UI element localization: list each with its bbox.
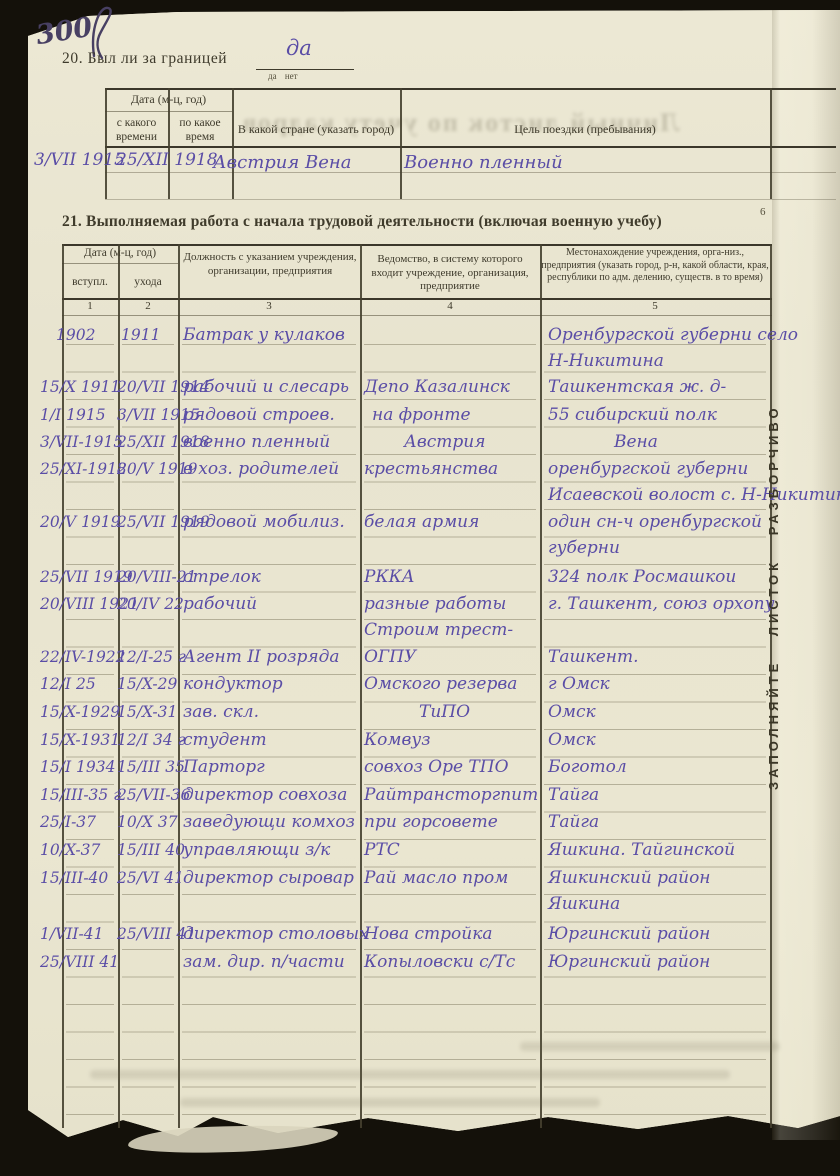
handwritten-entry: 15/X-29 — [117, 671, 177, 697]
table-border-line — [62, 244, 772, 246]
handwritten-entry: 25/XI-1918 — [40, 456, 127, 482]
handwritten-entry: Омского резерва — [364, 671, 517, 697]
handwritten-entry: г. Ташкент, союз орхопу — [548, 591, 774, 617]
handwritten-entry: военно пленный — [183, 429, 330, 455]
handwritten-entry: директор сыровар — [183, 865, 354, 891]
handwritten-entry: Батрак у кулаков — [183, 322, 345, 348]
handwritten-entry: Тайга — [548, 809, 599, 835]
handwritten-line: зам. дир. п/части — [183, 949, 345, 975]
handwritten-line: 20/V 1919 — [40, 509, 121, 535]
table-border-line — [770, 88, 772, 199]
handwritten-entry: Райтрансторгпит — [364, 782, 538, 808]
question-20-label: 20. Был ли за границей — [62, 50, 227, 68]
handwritten-line: рабочий — [183, 591, 257, 617]
handwritten-line: Юргинский район — [548, 921, 710, 947]
handwritten-entry: Австрия — [404, 429, 486, 455]
handwritten-line: Комвуз — [364, 727, 431, 753]
col-header-from: вступл. — [62, 276, 118, 288]
question-20-hint: да нет — [268, 71, 298, 81]
col-header-purpose: Цель поездки (пребывания) — [400, 122, 770, 137]
handwritten-entry: 10/X-37 — [40, 837, 100, 863]
handwritten-entry: Вена — [614, 429, 658, 455]
question-20-answer: да — [286, 36, 312, 60]
col-header-position: Должность с указанием учреждения, органи… — [182, 251, 358, 278]
handwritten-entry: РККА — [364, 564, 415, 590]
column-number: 1 — [75, 300, 105, 312]
table-border-line — [62, 315, 772, 316]
handwritten-entry: студент — [183, 727, 267, 753]
handwritten-line: 25/VIII 41 — [40, 949, 119, 975]
handwritten-entry: зам. дир. п/части — [183, 949, 345, 975]
handwritten-line: совхоз Оре ТПО — [364, 754, 509, 780]
handwritten-line: Депо Казалинск — [364, 374, 510, 400]
handwritten-entry: Ташкент. — [548, 644, 639, 670]
handwritten-entry: Копыловски с/Тс — [364, 949, 515, 975]
handwritten-entry: Парторг — [183, 754, 265, 780]
handwritten-entry: Омск — [548, 699, 596, 725]
handwritten-line: г. Ташкент, союз орхопу — [548, 591, 774, 617]
handwritten-entry: крестьянства — [364, 456, 498, 482]
handwritten-entry: 1/I 1915 — [40, 402, 106, 428]
handwritten-line: один сн-ч оренбургской — [548, 509, 762, 535]
handwritten-line: белая армия — [364, 509, 479, 535]
col-header-country: В какой стране (указать город) — [232, 122, 400, 137]
handwritten-entry: 15/I 1934 — [40, 754, 115, 780]
handwritten-line: 1902 — [56, 322, 95, 348]
handwritten-line: при горсовете — [364, 809, 498, 835]
table-border-line — [105, 88, 836, 90]
col-header-date-group: Дата (м-ц, год) — [62, 247, 178, 259]
handwritten-entry: 25/I-37 — [40, 809, 96, 835]
handwritten-entry: рабочий и слесарь — [183, 374, 349, 400]
handwritten-entry: директор столовых — [183, 921, 369, 947]
handwritten-line: 1/VII-41 — [40, 921, 103, 947]
handwritten-line: в хоз. родителей — [183, 456, 339, 482]
bleedthrough-smudge — [520, 1042, 780, 1051]
handwritten-entry: разные работыСтроим трест- — [364, 591, 513, 643]
handwritten-line: ОГПУ — [364, 644, 416, 670]
handwritten-line: Исаевской волост с. Н-Никитино — [548, 482, 840, 508]
handwritten-entry: оренбургской губерниИсаевской волост с. … — [548, 456, 840, 508]
handwritten-line: 15/X 1911 — [40, 374, 120, 400]
handwritten-entry: 12/I 25 — [40, 671, 96, 697]
handwritten-entry: 15/X-1929 — [40, 699, 120, 725]
handwritten-entry: 15/III-35 г — [40, 782, 121, 808]
handwritten-entry: совхоз Оре ТПО — [364, 754, 509, 780]
handwritten-entry: 25/VIII 41 — [40, 949, 119, 975]
handwritten-line: Тайга — [548, 782, 599, 808]
fill-legibly-vertical-note: ЗАПОЛНЯЙТЕ ЛИСТОК РАЗБОРЧИВО — [766, 330, 786, 864]
bleedthrough-smudge — [180, 1098, 600, 1107]
handwritten-entry: рядовой строев. — [183, 402, 335, 428]
col-header-location: Местонахождение учреждения, орга-низ., п… — [541, 247, 769, 285]
handwritten-entry: заведующи комхоз — [183, 809, 355, 835]
handwritten-line: Ташкент. — [548, 644, 639, 670]
handwritten-line: 25/XI-1918 — [40, 456, 127, 482]
handwritten-entry: рядовой мобилиз. — [183, 509, 345, 535]
handwritten-line: 15/X-29 — [117, 671, 177, 697]
handwritten-entry: г Омск — [548, 671, 610, 697]
handwritten-line: Юргинский район — [548, 949, 710, 975]
handwritten-line: 3/VII-1915 — [40, 429, 123, 455]
table-border-line — [105, 146, 836, 148]
handwritten-line: Копыловски с/Тс — [364, 949, 515, 975]
handwritten-entry: Боготол — [548, 754, 627, 780]
table-border-line — [400, 88, 402, 199]
handwritten-entry: Юргинский район — [548, 949, 710, 975]
handwritten-entry: 3/VII 1915 — [34, 150, 125, 170]
handwritten-line: 15/III 40 — [117, 837, 185, 863]
handwritten-entry: 15/X-31 — [117, 699, 177, 725]
handwritten-entry: Военно пленный — [404, 152, 563, 173]
handwritten-line: Райтрансторгпит — [364, 782, 538, 808]
document-content: 300 Личный листок по учету кадров 20. Бы… — [0, 0, 840, 1176]
handwritten-entry: на фронте — [372, 402, 471, 428]
handwritten-entry: Нова стройка — [364, 921, 493, 947]
handwritten-entry: 1902 — [56, 322, 95, 348]
handwritten-entry: 15/III-40 — [40, 865, 108, 891]
handwritten-line: 15/X-1929 — [40, 699, 120, 725]
handwritten-entry: 15/III 35 — [117, 754, 185, 780]
handwritten-line: кондуктор — [183, 671, 283, 697]
handwritten-line: 324 полк Росмашкои — [548, 564, 736, 590]
handwritten-line: 15/X-31 — [117, 699, 177, 725]
handwritten-entry: в хоз. родителей — [183, 456, 339, 482]
handwritten-line: 15/III-40 — [40, 865, 108, 891]
handwritten-line: Яшкина. Тайгинской — [548, 837, 735, 863]
handwritten-line: 25/VI 41 — [117, 865, 184, 891]
handwritten-line: 15/I 1934 — [40, 754, 115, 780]
handwritten-line: 20/IV 22 — [117, 591, 184, 617]
handwritten-entry: 25/VI 41 — [117, 865, 184, 891]
handwritten-line: 1911 — [121, 322, 160, 348]
handwritten-entry: 12/I-25 г — [117, 644, 186, 670]
handwritten-entry: 10/X 37 — [117, 809, 178, 835]
handwritten-entry: кондуктор — [183, 671, 283, 697]
table-border-line — [540, 244, 542, 1128]
handwritten-entry: Юргинский район — [548, 921, 710, 947]
handwritten-line: Рай масло пром — [364, 865, 508, 891]
handwritten-entry: Рай масло пром — [364, 865, 508, 891]
handwritten-line: ТиПО — [419, 699, 470, 725]
answer-underline — [256, 69, 354, 70]
handwritten-line: оренбургской губерни — [548, 456, 840, 482]
handwritten-line: Яшкинский район — [548, 865, 711, 891]
handwritten-entry: 15/X-1931 — [40, 727, 120, 753]
handwritten-entry: Депо Казалинск — [364, 374, 510, 400]
handwritten-line: директор столовых — [183, 921, 369, 947]
handwritten-line: губерни — [548, 535, 762, 561]
handwritten-line: Нова стройка — [364, 921, 493, 947]
handwritten-line: рядовой мобилиз. — [183, 509, 345, 535]
handwritten-entry: Яшкинский районЯшкина — [548, 865, 711, 917]
handwritten-line: рядовой строев. — [183, 402, 335, 428]
column-number: 5 — [640, 300, 670, 312]
column-number: 3 — [254, 300, 284, 312]
handwritten-line: Парторг — [183, 754, 265, 780]
handwritten-entry: Оренбургской губерни селоН-Никитина — [548, 322, 798, 374]
handwritten-entry: Тайга — [548, 782, 599, 808]
handwritten-line: 25/I-37 — [40, 809, 96, 835]
handwritten-entry: Яшкина. Тайгинской — [548, 837, 735, 863]
handwritten-line: Строим трест- — [364, 617, 513, 643]
handwritten-line: военно пленный — [183, 429, 330, 455]
handwritten-line: 15/III-35 г — [40, 782, 121, 808]
question-21-title: 21. Выполняемая работа с начала трудовой… — [62, 213, 662, 231]
handwritten-line: 15/III 35 — [117, 754, 185, 780]
handwritten-line: стрелок — [183, 564, 261, 590]
handwritten-line: 10/X 37 — [117, 809, 178, 835]
handwritten-line: Н-Никитина — [548, 348, 798, 374]
handwritten-line: директор сыровар — [183, 865, 354, 891]
handwritten-entry: рабочий — [183, 591, 257, 617]
handwritten-line: Вена — [614, 429, 658, 455]
column-number: 4 — [435, 300, 465, 312]
handwritten-line: разные работы — [364, 591, 513, 617]
handwritten-line: 12/I 34 г — [117, 727, 185, 753]
handwritten-entry: 15/X 1911 — [40, 374, 120, 400]
handwritten-line: г Омск — [548, 671, 610, 697]
handwritten-page-number: 300 — [34, 12, 95, 51]
handwritten-line: Яшкина — [548, 891, 711, 917]
handwritten-entry: стрелок — [183, 564, 261, 590]
handwritten-line: Батрак у кулаков — [183, 322, 345, 348]
handwritten-entry: 1911 — [121, 322, 160, 348]
handwritten-line: Омск — [548, 727, 596, 753]
handwritten-entry: 20/IV 22 — [117, 591, 184, 617]
table-border-line — [105, 199, 836, 200]
handwritten-line: 1/I 1915 — [40, 402, 106, 428]
handwritten-line: Омского резерва — [364, 671, 517, 697]
handwritten-line: на фронте — [372, 402, 471, 428]
handwritten-entry: при горсовете — [364, 809, 498, 835]
handwritten-line: студент — [183, 727, 267, 753]
handwritten-line: крестьянства — [364, 456, 498, 482]
col-header-department: Ведомство, в систему которого входит учр… — [362, 253, 538, 294]
col-header-date-group: Дата (м-ц, год) — [105, 92, 232, 107]
column-number: 2 — [133, 300, 163, 312]
handwritten-entry: Агент II розряда — [183, 644, 340, 670]
handwritten-line: 55 сибирский полк — [548, 402, 717, 428]
handwritten-line: 15/X-1931 — [40, 727, 120, 753]
handwritten-line: 10/X-37 — [40, 837, 100, 863]
handwritten-entry: 1/VII-41 — [40, 921, 103, 947]
handwritten-line: заведующи комхоз — [183, 809, 355, 835]
handwritten-line: Агент II розряда — [183, 644, 340, 670]
handwritten-line: Австрия — [404, 429, 486, 455]
handwritten-entry: 12/I 34 г — [117, 727, 185, 753]
handwritten-line: Боготол — [548, 754, 627, 780]
handwritten-line: РТС — [364, 837, 400, 863]
handwritten-entry: Ташкентская ж. д- — [548, 374, 726, 400]
handwritten-line: 12/I-25 г — [117, 644, 186, 670]
handwritten-entry: зав. скл. — [183, 699, 259, 725]
handwritten-line: РККА — [364, 564, 415, 590]
margin-mark: 6 — [760, 206, 766, 218]
table-border-line — [232, 88, 234, 199]
col-header-to: по какое время — [169, 116, 231, 144]
handwritten-line: 12/I 25 — [40, 671, 96, 697]
handwritten-entry: управляющи з/к — [183, 837, 330, 863]
handwritten-line: Омск — [548, 699, 596, 725]
col-header-to: ухода — [118, 276, 178, 288]
handwritten-entry: 20/V 1919 — [40, 509, 121, 535]
handwritten-entry: РТС — [364, 837, 400, 863]
handwritten-entry: 55 сибирский полк — [548, 402, 717, 428]
handwritten-entry: белая армия — [364, 509, 479, 535]
handwritten-entry: 3/VII-1915 — [40, 429, 123, 455]
bleedthrough-smudge — [90, 1070, 730, 1079]
handwritten-line: зав. скл. — [183, 699, 259, 725]
handwritten-line: 25/VII-36 — [117, 782, 190, 808]
handwritten-entry: 324 полк Росмашкои — [548, 564, 736, 590]
col-header-from: с какого времени — [106, 116, 167, 144]
handwritten-entry: 25/VII-36 — [117, 782, 190, 808]
handwritten-entry: 22/IV-1922 — [40, 644, 126, 670]
handwritten-line: Ташкентская ж. д- — [548, 374, 726, 400]
handwritten-entry: ТиПО — [419, 699, 470, 725]
handwritten-line: 22/IV-1922 — [40, 644, 126, 670]
handwritten-line: Оренбургской губерни село — [548, 322, 798, 348]
handwritten-line: рабочий и слесарь — [183, 374, 349, 400]
handwritten-entry: Австрия Вена — [213, 152, 351, 173]
handwritten-entry: 25/XII 1918 — [116, 150, 218, 170]
handwritten-line: директор совхоза — [183, 782, 347, 808]
handwritten-entry: 15/III 40 — [117, 837, 185, 863]
handwritten-entry: Омск — [548, 727, 596, 753]
handwritten-entry: директор совхоза — [183, 782, 347, 808]
handwritten-entry: один сн-ч оренбургскойгуберни — [548, 509, 762, 561]
handwritten-line: Тайга — [548, 809, 599, 835]
handwritten-entry: Комвуз — [364, 727, 431, 753]
handwritten-entry: ОГПУ — [364, 644, 416, 670]
handwritten-line: управляющи з/к — [183, 837, 330, 863]
table-border-line — [360, 244, 362, 1128]
table-border-line — [62, 263, 178, 264]
